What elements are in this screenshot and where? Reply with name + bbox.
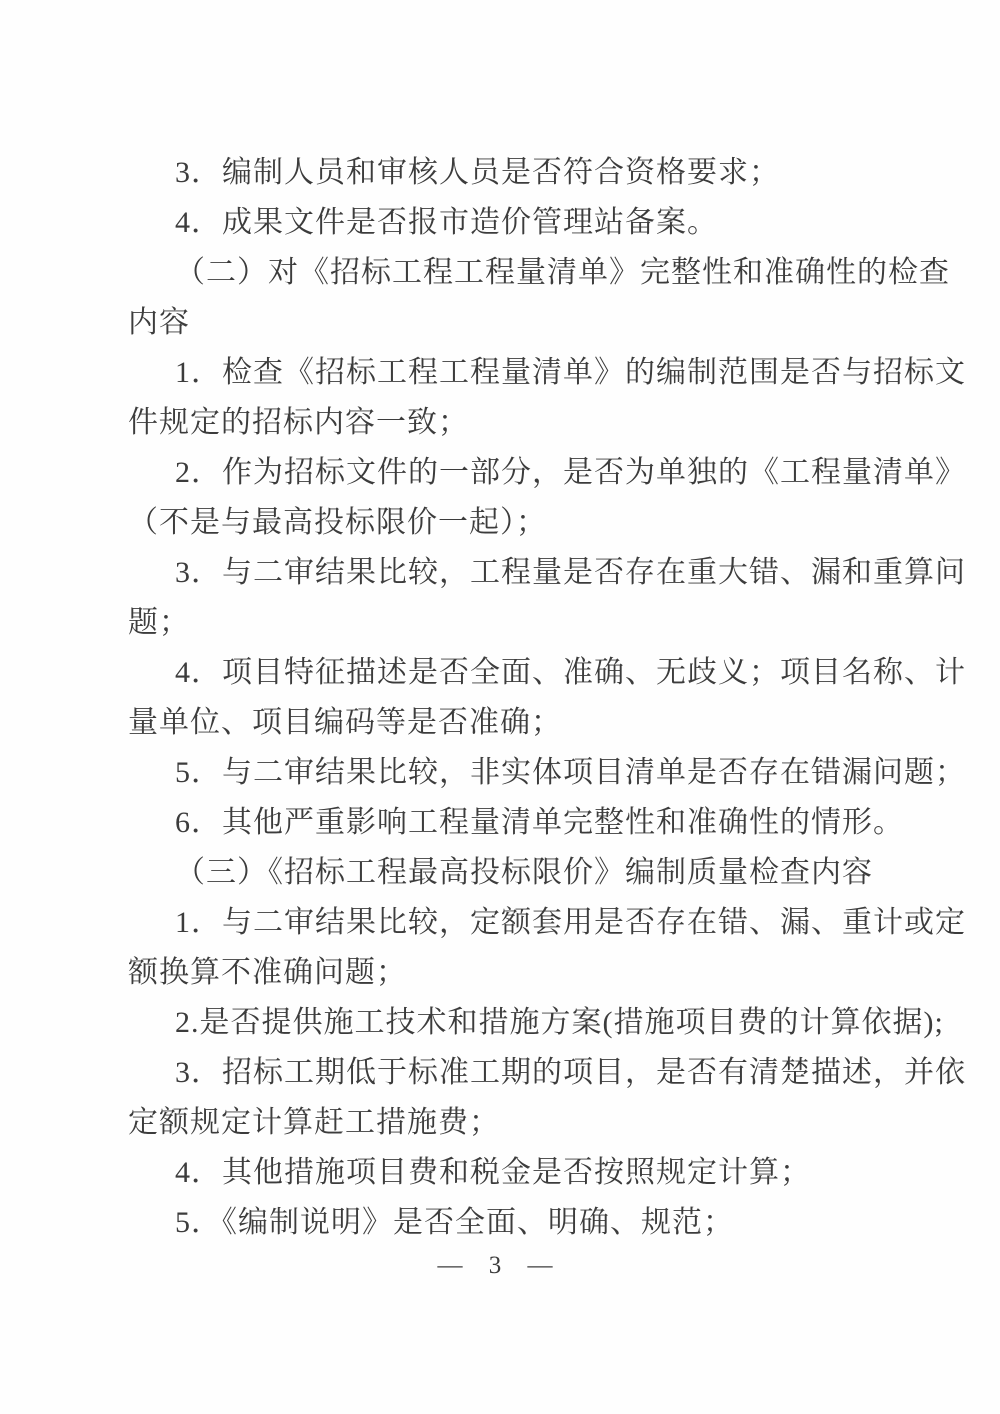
text-line: 4．项目特征描述是否全面、准确、无歧义；项目名称、计 bbox=[128, 648, 888, 698]
text-line: （二）对《招标工程工程量清单》完整性和准确性的检查 bbox=[128, 248, 888, 298]
text-line: 2.是否提供施工技术和措施方案(措施项目费的计算依据); bbox=[128, 998, 888, 1048]
document-text-block: 3．编制人员和审核人员是否符合资格要求；4．成果文件是否报市造价管理站备案。（二… bbox=[128, 148, 888, 1248]
text-line: 5．《编制说明》是否全面、明确、规范； bbox=[128, 1198, 888, 1248]
text-line: 量单位、项目编码等是否准确； bbox=[128, 698, 888, 748]
text-line: （三）《招标工程最高投标限价》编制质量检查内容 bbox=[128, 848, 888, 898]
text-line: 1．检查《招标工程工程量清单》的编制范围是否与招标文 bbox=[128, 348, 888, 398]
text-line: 4．成果文件是否报市造价管理站备案。 bbox=[128, 198, 888, 248]
text-line: 3．编制人员和审核人员是否符合资格要求； bbox=[128, 148, 888, 198]
text-line: 2．作为招标文件的一部分，是否为单独的《工程量清单》 bbox=[128, 448, 888, 498]
document-page: 3．编制人员和审核人员是否符合资格要求；4．成果文件是否报市造价管理站备案。（二… bbox=[0, 0, 1000, 1414]
text-line: 额换算不准确问题； bbox=[128, 948, 888, 998]
text-line: 3．招标工期低于标准工期的项目，是否有清楚描述，并依 bbox=[128, 1048, 888, 1098]
text-line: 6．其他严重影响工程量清单完整性和准确性的情形。 bbox=[128, 798, 888, 848]
text-line: 5．与二审结果比较，非实体项目清单是否存在错漏问题； bbox=[128, 748, 888, 798]
text-line: 件规定的招标内容一致； bbox=[128, 398, 888, 448]
text-line: 题； bbox=[128, 598, 888, 648]
text-line: （不是与最高投标限价一起）； bbox=[128, 498, 888, 548]
text-line: 3．与二审结果比较，工程量是否存在重大错、漏和重算问 bbox=[128, 548, 888, 598]
text-line: 1．与二审结果比较，定额套用是否存在错、漏、重计或定 bbox=[128, 898, 888, 948]
text-line: 定额规定计算赶工措施费； bbox=[128, 1098, 888, 1148]
text-line: 4．其他措施项目费和税金是否按照规定计算； bbox=[128, 1148, 888, 1198]
page-number: — 3 — bbox=[0, 1252, 1000, 1280]
text-line: 内容 bbox=[128, 298, 888, 348]
